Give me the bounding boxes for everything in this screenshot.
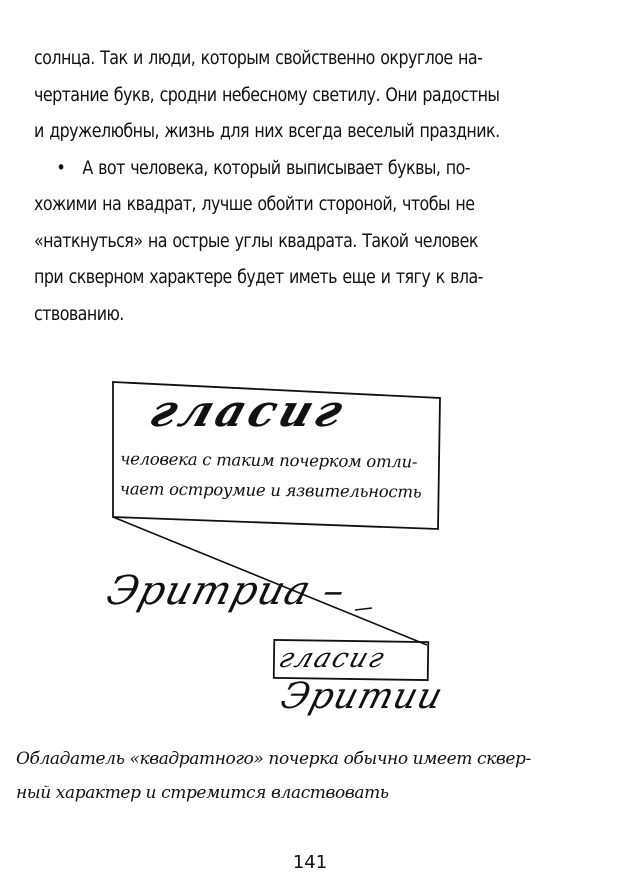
handwriting-sample-boxed-word: гласиг [275, 643, 390, 674]
dash-stroke [355, 608, 372, 610]
handwriting-sample-line1: Эритриа – [102, 568, 351, 614]
page-number: 141 [0, 852, 620, 873]
callout-caption-line: чает остроумие и язвительность [120, 474, 440, 507]
handwriting-sample-large: гласиг [144, 386, 354, 437]
figure-caption: Обладатель «квадратного» почерка обычно … [16, 742, 596, 810]
callout-caption-line: человека с таким почерком отли- [120, 444, 440, 477]
figure-caption-line: Обладатель «квадратного» почерка обычно … [16, 742, 596, 776]
callout-caption: человека с таким почерком отли- чает ост… [120, 444, 441, 507]
handwriting-sample-line3: Эритии [277, 676, 448, 717]
figure-caption-line: ный характер и стремится властвовать [16, 776, 596, 810]
